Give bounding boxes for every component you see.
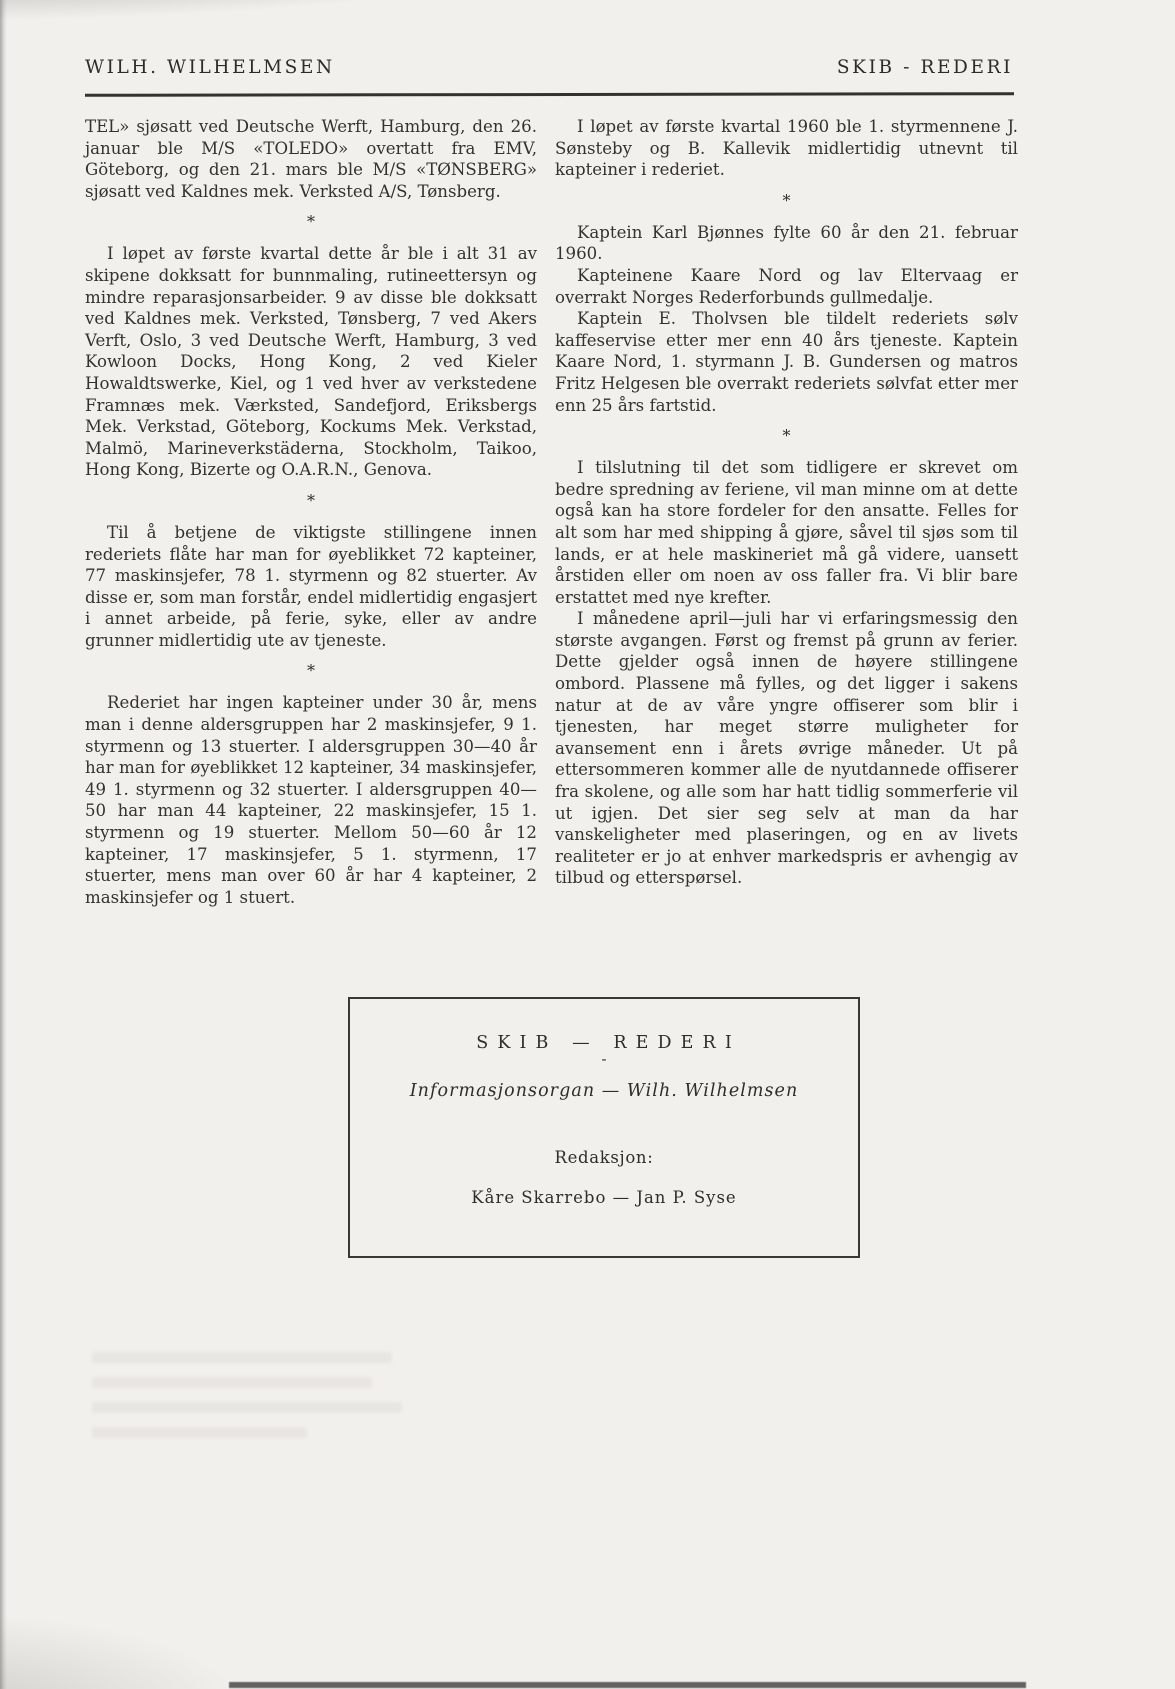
page-header: WILH. WILHELMSEN SKIB - REDERI (85, 57, 1013, 78)
editorial-label: Redaksjon: (350, 1148, 858, 1167)
paragraph: Kapteinene Kaare Nord og lav Eltervaag e… (555, 265, 1018, 308)
asterisk-separator: * (85, 493, 537, 509)
paragraph: Til å betjene de viktigste stillingene i… (85, 522, 537, 652)
header-rule (85, 92, 1014, 97)
paragraph: I tilslutning til det som tidligere er s… (555, 457, 1018, 608)
publication-name: SKIB - REDERI (837, 57, 1013, 78)
paragraph: I løpet av første kvartal dette år ble i… (85, 243, 537, 481)
asterisk-separator: * (85, 214, 537, 230)
scan-band-bottom (229, 1682, 1026, 1688)
editors-names: Kåre Skarrebo — Jan P. Syse (350, 1188, 858, 1207)
paragraph: Rederiet har ingen kapteiner under 30 år… (85, 692, 537, 908)
scan-smudge-top-left (0, 0, 660, 58)
article-body: TEL» sjøsatt ved Deutsche Werft, Hamburg… (85, 116, 1018, 908)
masthead-box: SKIB — REDERI - Informasjonsorgan — Wilh… (348, 997, 860, 1258)
column-left: TEL» sjøsatt ved Deutsche Werft, Hamburg… (85, 116, 537, 908)
asterisk-separator: * (555, 193, 1018, 209)
paragraph: Kaptein Karl Bjønnes fylte 60 år den 21.… (555, 222, 1018, 265)
company-name: WILH. WILHELMSEN (85, 57, 335, 78)
paragraph: TEL» sjøsatt ved Deutsche Werft, Hamburg… (85, 116, 537, 202)
paragraph: I løpet av første kvartal 1960 ble 1. st… (555, 116, 1018, 181)
masthead-subtitle: Informasjonsorgan — Wilh. Wilhelmsen (350, 1081, 858, 1101)
asterisk-separator: * (555, 428, 1018, 444)
ink-bleed-through (92, 1352, 422, 1452)
scanned-newsletter-page: WILH. WILHELMSEN SKIB - REDERI TEL» sjøs… (0, 0, 1175, 1689)
scan-shadow-bottom-left (0, 1619, 230, 1689)
column-right: I løpet av første kvartal 1960 ble 1. st… (555, 116, 1018, 908)
masthead-dash: - (350, 1053, 858, 1065)
asterisk-separator: * (85, 663, 537, 679)
scan-edge-left (0, 0, 7, 1689)
paragraph: I månedene april—juli har vi erfaringsme… (555, 608, 1018, 889)
paragraph: Kaptein E. Tholvsen ble tildelt rederiet… (555, 308, 1018, 416)
